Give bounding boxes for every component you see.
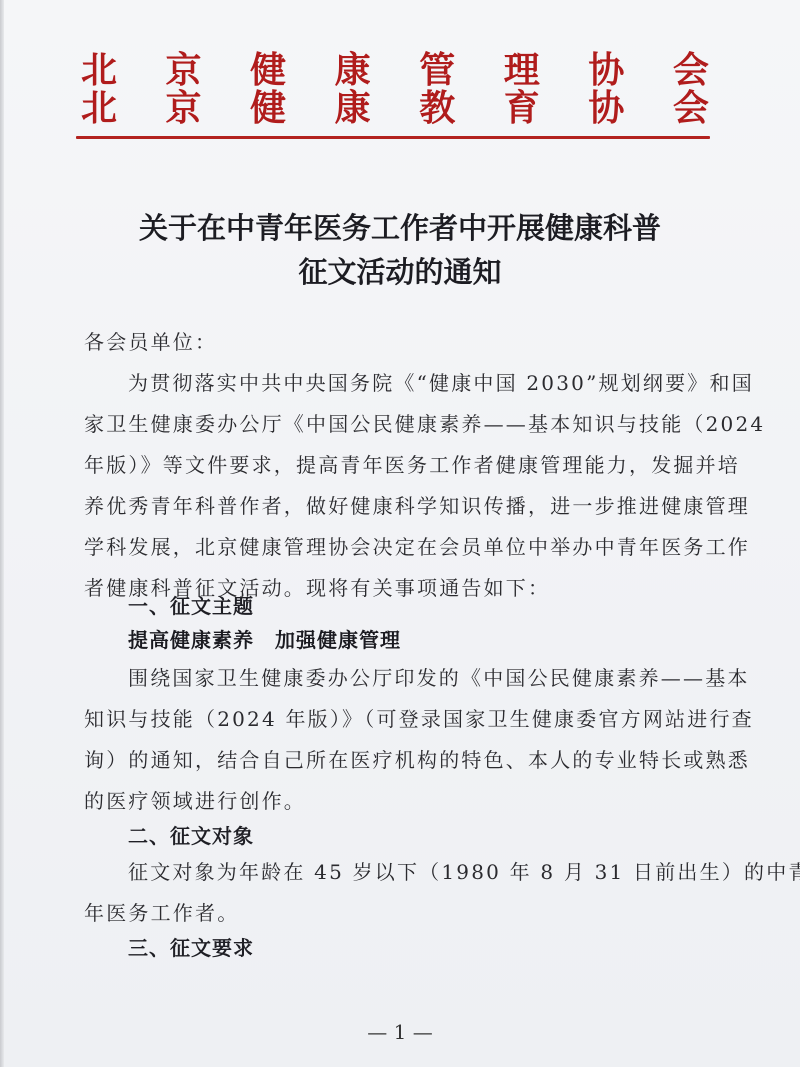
intro-line: 养优秀青年科普作者，做好健康科学知识传播，进一步推进健康管理 — [84, 490, 750, 519]
letterhead-char: 北 — [80, 90, 118, 128]
letterhead-char: 管 — [418, 52, 456, 90]
letterhead-org-2: 北 京 健 康 教 育 协 会 — [80, 90, 710, 128]
letterhead-char: 健 — [249, 52, 287, 90]
intro-line: 学科发展，北京健康管理协会决定在会员单位中举办中青年医务工作 — [84, 531, 750, 560]
section-line: 围绕国家卫生健康委办公厅印发的《中国公民健康素养——基本 — [128, 662, 750, 691]
letterhead-char: 康 — [334, 52, 372, 90]
letterhead-char: 协 — [587, 52, 625, 90]
letterhead-char: 会 — [672, 52, 710, 90]
essay-theme: 提高健康素养 加强健康管理 — [128, 624, 401, 653]
section-heading-requirements: 三、征文要求 — [128, 932, 254, 961]
section-heading-target: 二、征文对象 — [128, 820, 254, 849]
letterhead-char: 会 — [672, 90, 710, 128]
intro-line: 年版）》等文件要求，提高青年医务工作者健康管理能力，发掘并培 — [84, 449, 740, 478]
letterhead-char: 教 — [418, 90, 456, 128]
section-line: 的医疗领域进行创作。 — [84, 785, 306, 814]
salutation: 各会员单位： — [84, 326, 217, 355]
letterhead: 北 京 健 康 管 理 协 会 北 京 健 康 教 育 协 会 — [80, 52, 710, 128]
letterhead-divider — [76, 136, 710, 139]
section-line: 知识与技能（2024 年版）》（可登录国家卫生健康委官方网站进行查 — [84, 703, 754, 732]
document-page: 北 京 健 康 管 理 协 会 北 京 健 康 教 育 协 会 关于在中青年医务… — [0, 0, 800, 1067]
section-line: 询）的通知，结合自己所在医疗机构的特色、本人的专业特长或熟悉 — [84, 744, 750, 773]
section-line: 征文对象为年龄在 45 岁以下（1980 年 8 月 31 日前出生）的中青 — [128, 856, 800, 885]
letterhead-char: 京 — [165, 52, 203, 90]
letterhead-char: 京 — [165, 90, 203, 128]
document-title-line-2: 征文活动的通知 — [0, 250, 800, 291]
letterhead-char: 理 — [503, 52, 541, 90]
letterhead-char: 康 — [334, 90, 372, 128]
page-number: — 1 — — [0, 1020, 800, 1044]
letterhead-char: 育 — [503, 90, 541, 128]
letterhead-char: 协 — [587, 90, 625, 128]
letterhead-org-1: 北 京 健 康 管 理 协 会 — [80, 52, 710, 90]
document-title-line-1: 关于在中青年医务工作者中开展健康科普 — [0, 206, 800, 247]
letterhead-char: 北 — [80, 52, 118, 90]
section-line: 年医务工作者。 — [84, 897, 239, 926]
intro-line: 家卫生健康委办公厅《中国公民健康素养——基本知识与技能（2024 — [84, 408, 765, 437]
section-heading-theme: 一、征文主题 — [128, 590, 254, 619]
intro-line: 为贯彻落实中共中央国务院《“健康中国 2030”规划纲要》和国 — [128, 367, 754, 396]
letterhead-char: 健 — [249, 90, 287, 128]
paper-edge — [0, 0, 4, 1067]
